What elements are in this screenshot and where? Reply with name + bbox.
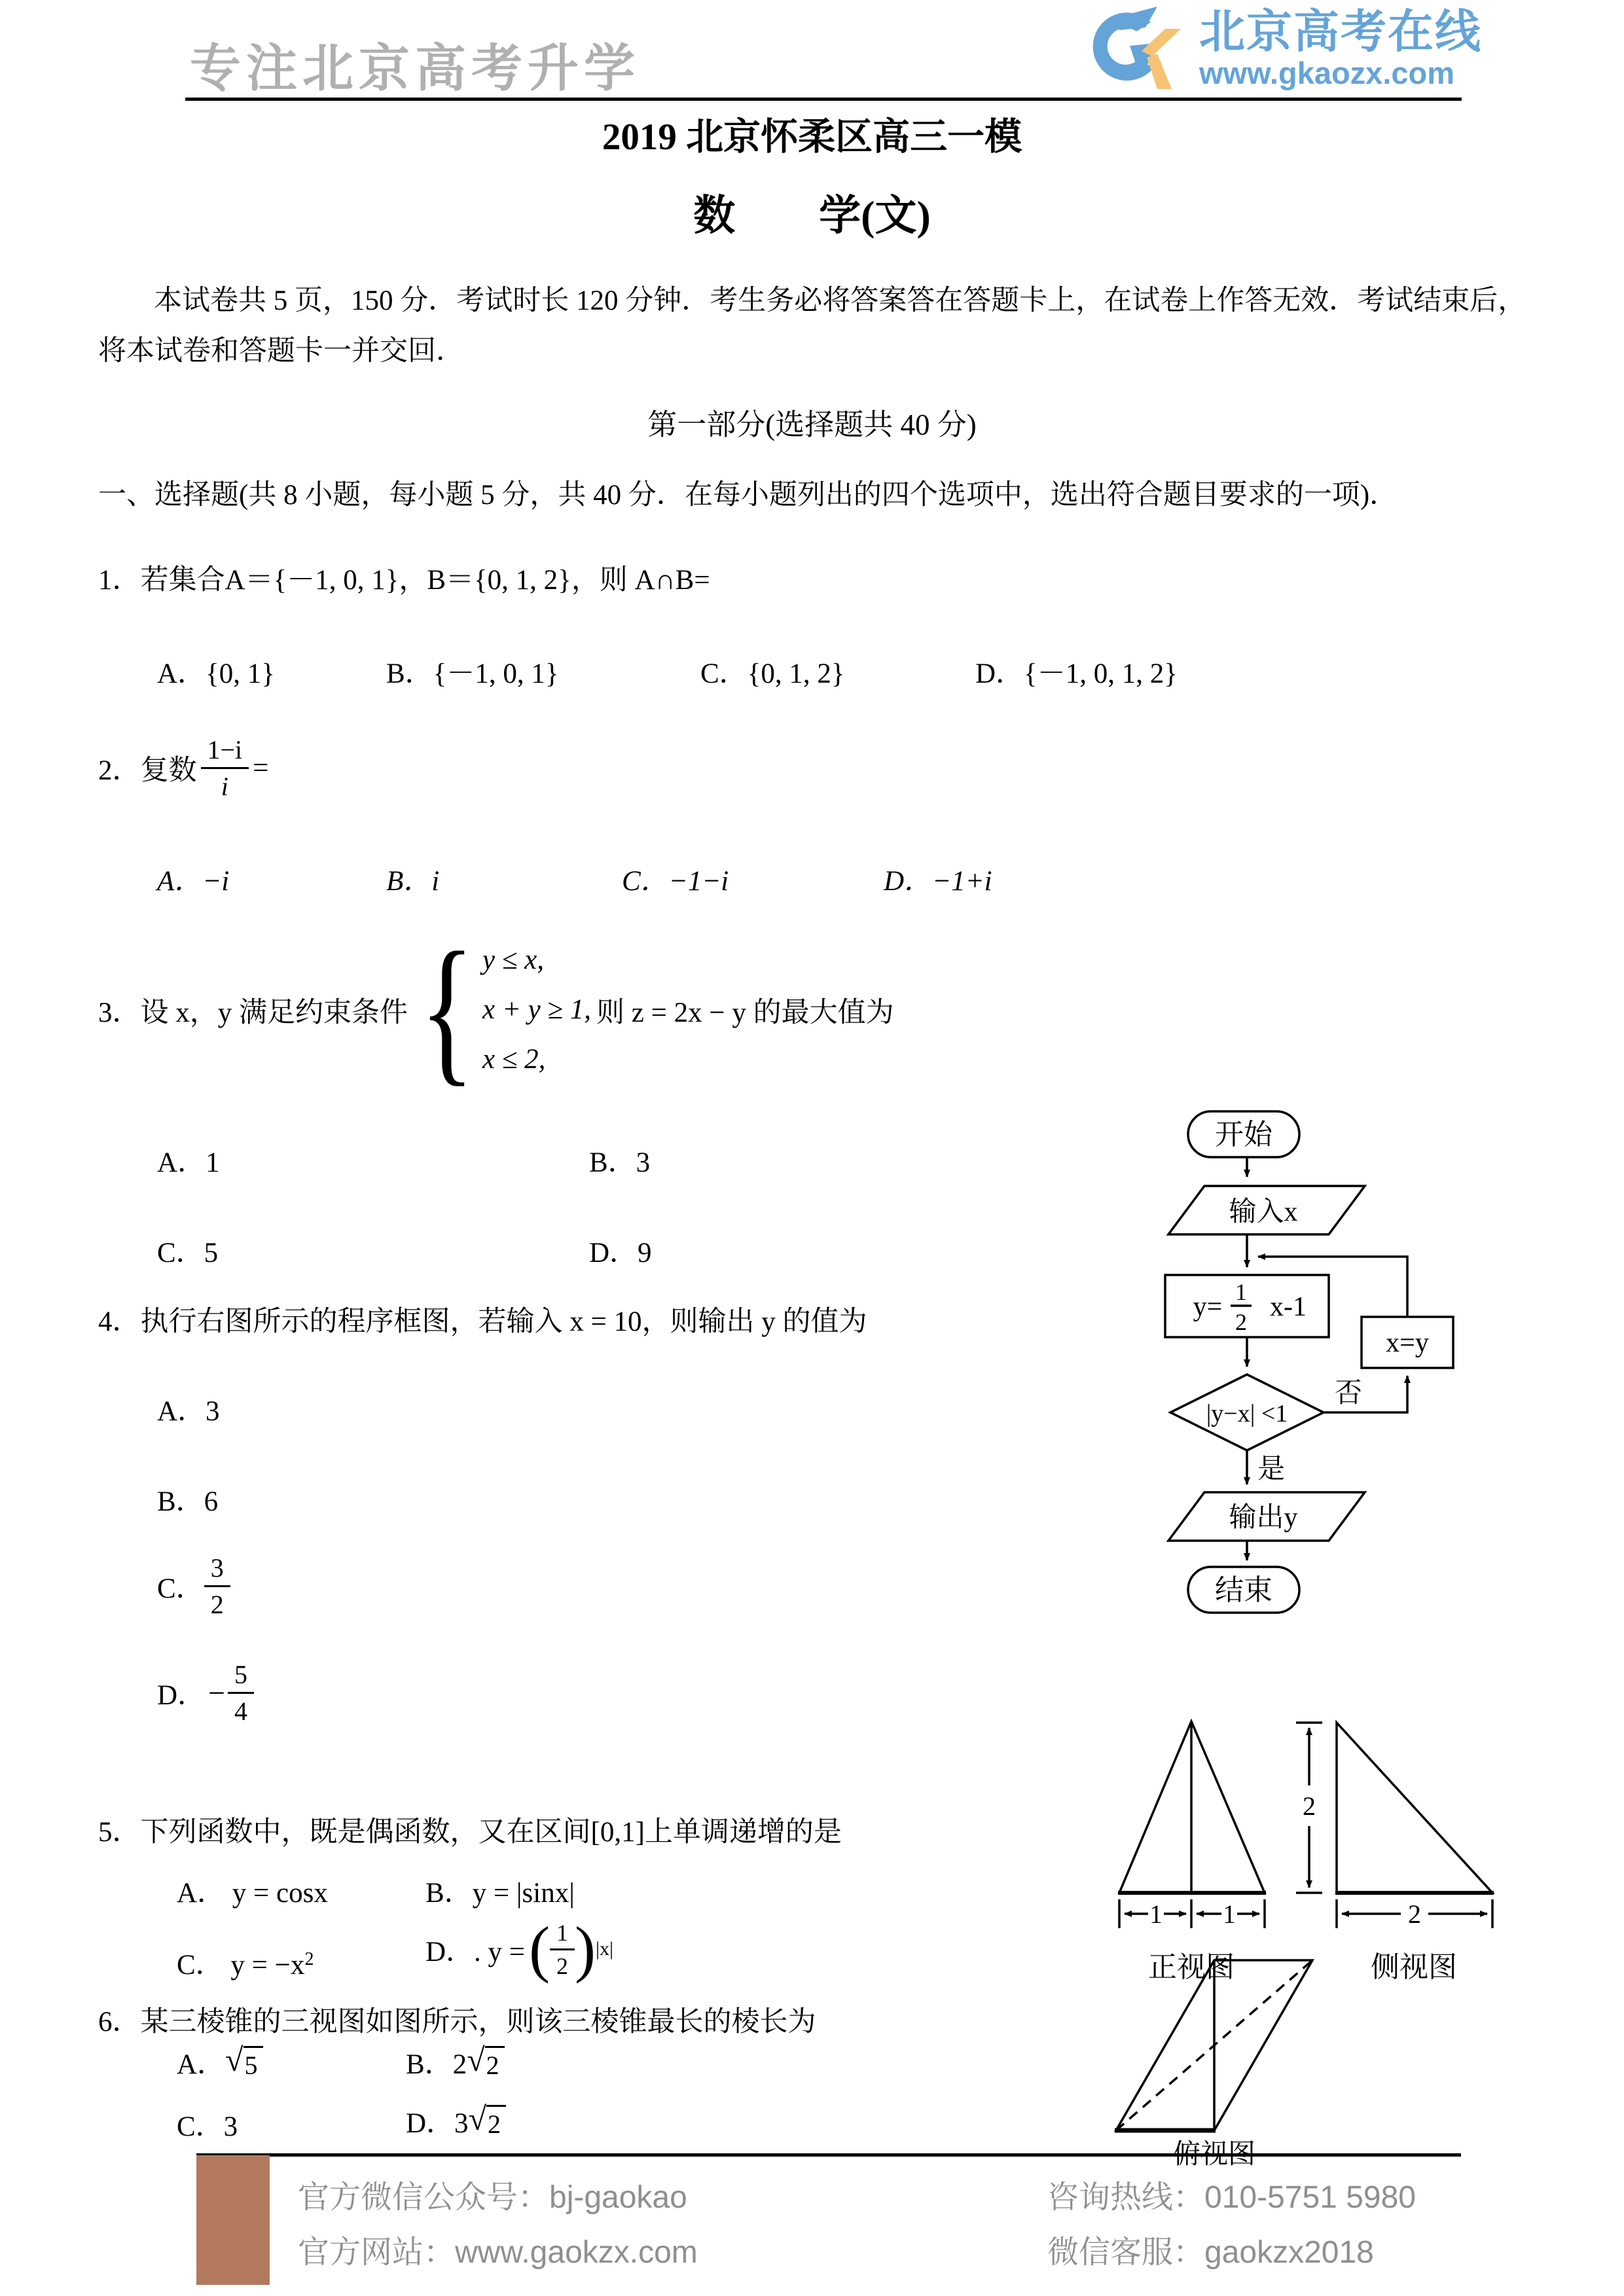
q5-d-numerator: 1 xyxy=(550,1919,575,1950)
q5-stem: 5．下列函数中，既是偶函数，又在区间[0,1]上单调递增的是 xyxy=(98,1810,842,1850)
q3-constraint-2: x + y ≥ 1, xyxy=(482,985,591,1035)
header-watermark: 专注北京高考升学 xyxy=(190,27,640,101)
flowchart-assign-post: x-1 xyxy=(1270,1292,1307,1322)
q6-option-a-label: A． xyxy=(177,2042,225,2082)
q3-option-c: C．5 xyxy=(157,1230,218,1270)
flowchart-update-label: x=y xyxy=(1386,1328,1429,1358)
footer-website: 官方网站：www.gaokzx.com xyxy=(298,2227,698,2272)
flowchart: 开始 输入x y= 1 2 x-1 |y−x| <1 否 是 x=y 输出y 结… xyxy=(1132,1100,1512,1623)
q5-option-d-open-paren: ( xyxy=(529,1918,550,1981)
q4-option-d-label: D． xyxy=(157,1673,206,1713)
q3-option-b: B．3 xyxy=(589,1140,650,1180)
q3-stem-post: 则 z = 2x − y 的最大值为 xyxy=(596,990,894,1030)
q4-option-c-fraction: 3 2 xyxy=(204,1552,230,1620)
q2-option-b: B．i xyxy=(386,859,439,899)
q4-d-numerator: 5 xyxy=(228,1659,254,1694)
page-subtitle: 数 学(文) xyxy=(0,182,1624,242)
three-views-figure: 1 1 2 2 正视图 侧视图 俯视图 xyxy=(1080,1702,1538,2199)
footer-wechat-account: 官方微信公众号：bj-gaokao xyxy=(298,2172,687,2217)
q3-stem: 3．设 x，y 满足约束条件 { y ≤ x, x + y ≥ 1, x ≤ 2… xyxy=(98,928,894,1092)
q5-option-d-close-paren: ) xyxy=(575,1918,596,1981)
flowchart-output-label: 输出y xyxy=(1229,1502,1297,1533)
q1-option-b: B．{－1, 0, 1} xyxy=(386,651,558,691)
q3-constraints: y ≤ x, x + y ≥ 1, x ≤ 2, xyxy=(482,935,591,1085)
q4-option-d-fraction: 5 4 xyxy=(228,1659,254,1727)
q6-option-c: C．3 xyxy=(177,2104,238,2144)
q6-option-b: B．2 √2 xyxy=(406,2042,505,2082)
gk-logo-k-lower xyxy=(1147,54,1172,89)
side-view-triangle xyxy=(1337,1723,1492,1893)
q6-option-d: D．3 √2 xyxy=(406,2101,506,2141)
q5-option-c: C． y = −x2 xyxy=(177,1943,314,1982)
q5-option-a: A． y = cosx xyxy=(177,1871,328,1910)
q5-d-denominator: 2 xyxy=(550,1950,575,1980)
q5-option-d: D．. y = ( 1 2 ) |x| xyxy=(425,1918,613,1981)
side-view-label: 侧视图 xyxy=(1371,1951,1457,1983)
q6-option-d-radical: √2 xyxy=(469,2102,506,2140)
flowchart-end-label: 结束 xyxy=(1215,1574,1272,1606)
q6-d-radicand: 2 xyxy=(486,2105,506,2140)
brand-logo: 北京高考在线 www.gkaozx.com xyxy=(1074,5,1482,92)
front-dim-left-value: 1 xyxy=(1149,1899,1163,1929)
q4-d-denominator: 4 xyxy=(228,1694,254,1727)
q6-a-radicand: 5 xyxy=(244,2046,263,2081)
q4-option-c-label: C． xyxy=(157,1566,204,1606)
front-view-label: 正视图 xyxy=(1148,1951,1235,1983)
q6-option-b-radical: √2 xyxy=(467,2043,504,2081)
q5-option-d-exponent: |x| xyxy=(596,1938,613,1960)
flowchart-assign-den: 2 xyxy=(1235,1309,1247,1335)
q6-option-b-label: B．2 xyxy=(406,2042,467,2082)
page-title: 2019 北京怀柔区高三一模 xyxy=(0,107,1624,160)
q1-option-a: A．{0, 1} xyxy=(157,651,275,691)
q4-stem: 4．执行右图所示的程序框图，若输入 x = 10，则输出 y 的值为 xyxy=(98,1299,867,1339)
q4-option-b: B．6 xyxy=(157,1479,218,1519)
q2-option-d: D．−1+i xyxy=(884,859,992,899)
part1-heading: 第一部分(选择题共 40 分) xyxy=(0,401,1624,443)
gk-logo-k-upper xyxy=(1142,29,1181,56)
q5-option-c-exponent: 2 xyxy=(304,1949,314,1969)
gk-logo-flag xyxy=(1113,7,1157,30)
q2-equals: = xyxy=(253,752,268,784)
q3-stem-pre: 3．设 x，y 满足约束条件 xyxy=(98,990,408,1030)
flowchart-yes-label: 是 xyxy=(1257,1454,1285,1484)
footer-hotline: 咨询热线：010-5751 5980 xyxy=(1047,2172,1416,2217)
q6-a-radical-sign: √ xyxy=(225,2043,243,2076)
header-divider xyxy=(185,98,1462,101)
brand-url: www.gkaozx.com xyxy=(1199,56,1482,90)
q3-option-a: A．1 xyxy=(157,1140,220,1180)
q2-stem: 2．复数 1−i i = xyxy=(98,725,268,810)
q6-b-radical-sign: √ xyxy=(467,2043,484,2076)
q4-option-d: D． − 5 4 xyxy=(157,1659,254,1727)
q4-option-c: C． 3 2 xyxy=(157,1552,230,1620)
brand-name: 北京高考在线 xyxy=(1199,7,1482,56)
q4-option-d-sign: − xyxy=(208,1676,225,1710)
intro-line-2: 将本试卷和答题卡一并交回． xyxy=(98,329,464,368)
q5-option-b: B．y = |sinx| xyxy=(425,1871,575,1910)
flowchart-input-label: 输入x xyxy=(1229,1196,1297,1227)
q3-option-d: D．9 xyxy=(589,1230,652,1270)
q4-option-a: A．3 xyxy=(157,1389,220,1429)
q2-stem-text: 2．复数 xyxy=(98,748,197,788)
q3-constraint-3: x ≤ 2, xyxy=(482,1035,591,1085)
footer-divider xyxy=(196,2153,1461,2157)
q2-option-c: C．−1−i xyxy=(622,859,729,899)
q4-c-denominator: 2 xyxy=(204,1587,230,1620)
exam-page: 专注北京高考升学 北京高考在线 www.gkaozx.com 2019 北京怀柔… xyxy=(0,0,1624,2296)
q5-option-c-base: C． y = −x xyxy=(177,1950,304,1981)
q4-c-numerator: 3 xyxy=(204,1552,230,1587)
intro-line-1: 本试卷共 5 页，150 分．考试时长 120 分钟．考生务必将答案答在答题卡上… xyxy=(154,278,1526,318)
flowchart-assign-num: 1 xyxy=(1235,1279,1247,1305)
directions: 一、选择题(共 8 小题，每小题 5 分，共 40 分．在每小题列出的四个选项中… xyxy=(98,473,1398,512)
q5-option-d-fraction: 1 2 xyxy=(550,1919,575,1980)
q2-option-a: A．−i xyxy=(157,859,229,899)
flowchart-no-label: 否 xyxy=(1335,1378,1362,1408)
q6-b-radicand: 2 xyxy=(485,2046,505,2081)
q3-brace: { xyxy=(420,935,475,1085)
flowchart-start-label: 开始 xyxy=(1215,1119,1274,1151)
q2-fraction-denominator: i xyxy=(201,769,249,802)
q6-stem: 6．某三棱锥的三视图如图所示，则该三棱锥最长的棱长为 xyxy=(98,2000,816,2039)
flowchart-condition-label: |y−x| <1 xyxy=(1206,1400,1288,1427)
side-height-value: 2 xyxy=(1303,1791,1316,1821)
q6-option-a-radical: √5 xyxy=(225,2043,262,2081)
side-base-value: 2 xyxy=(1408,1899,1421,1929)
q2-fraction-numerator: 1−i xyxy=(201,734,249,769)
flowchart-assign-pre: y= xyxy=(1193,1292,1223,1322)
q6-option-a: A． √5 xyxy=(177,2042,263,2082)
gk-logo-icon xyxy=(1074,5,1185,92)
front-dim-right-value: 1 xyxy=(1223,1899,1236,1929)
q6-d-radical-sign: √ xyxy=(469,2102,486,2135)
footer-logo-block xyxy=(196,2155,270,2285)
q2-fraction: 1−i i xyxy=(201,734,249,802)
q6-option-d-label: D．3 xyxy=(406,2101,469,2141)
q1-stem: 1．若集合A＝{－1, 0, 1}，B＝{0, 1, 2}，则 A∩B= xyxy=(98,558,710,598)
q1-option-c: C．{0, 1, 2} xyxy=(700,651,844,691)
q3-constraint-1: y ≤ x, xyxy=(482,935,591,985)
q5-option-d-label: D．. y = xyxy=(425,1929,525,1969)
footer-wechat-service: 微信客服：gaokzx2018 xyxy=(1047,2227,1374,2272)
q1-option-d: D．{－1, 0, 1, 2} xyxy=(975,651,1178,691)
